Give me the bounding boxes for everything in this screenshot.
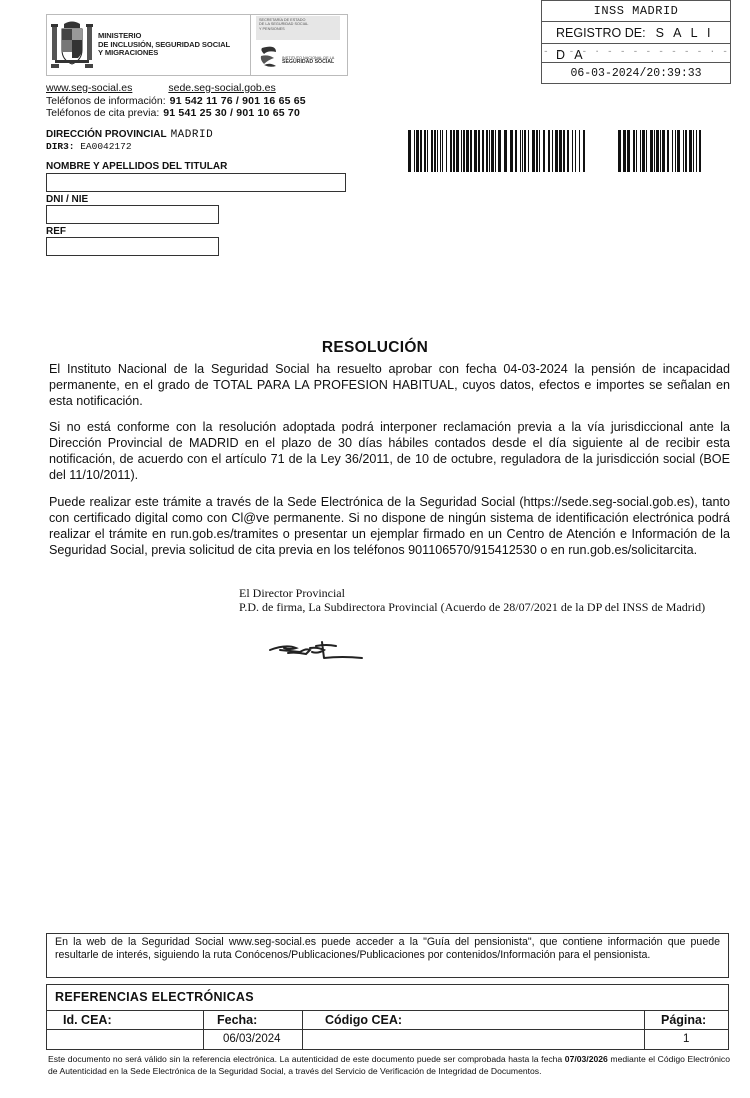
register-type-row: REGISTRO DE:S A L I D A [542, 22, 730, 44]
inss-name: INSTITUTO NACIONAL DE LA SEGURIDAD SOCIA… [282, 56, 334, 65]
signature-delegation: P.D. de firma, La Subdirectora Provincia… [239, 600, 719, 615]
info-phones: 91 542 11 76 / 901 16 65 65 [170, 95, 306, 107]
col-codigo-cea: Código CEA: [325, 1011, 402, 1030]
dir3-code: DIR3: EA0042172 [46, 141, 132, 152]
secretaria-label: SECRETARÍA DE ESTADO DE LA SEGURIDAD SOC… [256, 16, 340, 40]
value-fecha: 06/03/2024 [223, 1030, 281, 1049]
spain-coat-of-arms-icon [50, 20, 94, 70]
name-field [46, 173, 346, 192]
value-pagina: 1 [683, 1030, 689, 1049]
ministry-logo: MINISTERIO DE INCLUSIÓN, SEGURIDAD SOCIA… [48, 16, 244, 74]
barcode-main-icon [408, 130, 586, 172]
column-divider [644, 1011, 645, 1049]
pensioner-guide-note: En la web de la Seguridad Social www.seg… [46, 933, 729, 978]
cita-phones-label: Teléfonos de cita previa: [46, 107, 159, 119]
electronic-references-table: REFERENCIAS ELECTRÓNICAS Id. CEA: Fecha:… [46, 984, 729, 1050]
logo-divider [250, 14, 251, 76]
direccion-provincial: DIRECCIÓN PROVINCIALMADRID [46, 129, 213, 141]
seg-social-link[interactable]: www.seg-social.es [46, 82, 132, 94]
resolution-title: RESOLUCIÓN [0, 339, 750, 357]
signature-title: El Director Provincial [239, 586, 719, 601]
inss-swirl-icon [258, 44, 280, 68]
contact-info: www.seg-social.essede.seg-social.gob.es … [46, 82, 306, 120]
validity-disclaimer: Este documento no será válido sin la ref… [48, 1053, 730, 1077]
dni-field [46, 205, 219, 224]
inss-logo: SECRETARÍA DE ESTADO DE LA SEGURIDAD SOC… [252, 16, 346, 74]
ref-label: REF [46, 226, 66, 237]
ref-field [46, 237, 219, 256]
name-label: NOMBRE Y APELLIDOS DEL TITULAR [46, 161, 227, 172]
ministry-name: MINISTERIO DE INCLUSIÓN, SEGURIDAD SOCIA… [98, 32, 230, 58]
register-number: - - - - · - - - - - - - - · - - [542, 44, 730, 63]
col-fecha: Fecha: [217, 1011, 257, 1030]
register-office: INSS MADRID [542, 1, 730, 22]
barcode-secondary-icon [618, 130, 702, 172]
handwritten-signature-icon [266, 638, 366, 662]
ref-table-title: REFERENCIAS ELECTRÓNICAS [47, 985, 728, 1011]
paragraph-approval: El Instituto Nacional de la Seguridad So… [49, 361, 730, 409]
direccion-value: MADRID [171, 129, 214, 141]
column-divider [302, 1011, 303, 1049]
col-pagina: Página: [661, 1011, 706, 1030]
paragraph-appeal: Si no está conforme con la resolución ad… [49, 419, 730, 483]
column-divider [203, 1011, 204, 1049]
register-stamp: INSS MADRID REGISTRO DE:S A L I D A - - … [541, 0, 731, 84]
register-datetime: 06-03-2024/20:39:33 [542, 63, 730, 84]
paragraph-procedure: Puede realizar este trámite a través de … [49, 494, 730, 558]
cita-phones: 91 541 25 30 / 901 10 65 70 [163, 107, 300, 119]
info-phones-label: Teléfonos de información: [46, 95, 166, 107]
register-label: REGISTRO DE: [556, 26, 646, 40]
dni-label: DNI / NIE [46, 194, 88, 205]
sede-link[interactable]: sede.seg-social.gob.es [168, 82, 275, 94]
col-id-cea: Id. CEA: [63, 1011, 112, 1030]
